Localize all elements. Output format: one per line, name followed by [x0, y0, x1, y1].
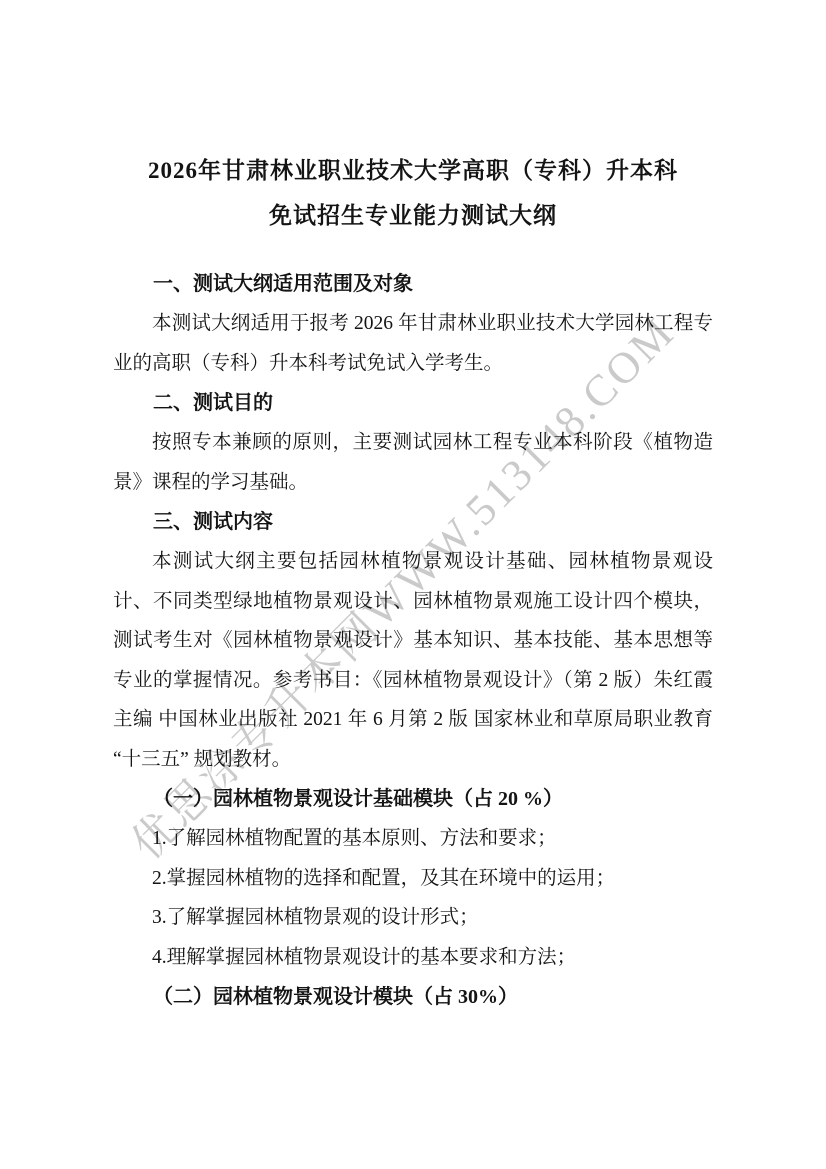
section-1-heading: 一、测试大纲适用范围及对象 — [113, 264, 713, 304]
module-1-heading: （一）园林植物景观设计基础模块（占 20 %） — [113, 779, 713, 819]
document-content: 2026年甘肃林业职业技术大学高职（专科）升本科 免试招生专业能力测试大纲 一、… — [113, 148, 713, 1017]
section-content: 三、测试内容 本测试大纲主要包括园林植物景观设计基础、园林植物景观设计、不同类型… — [113, 502, 713, 779]
module-1-item-3: 3.了解掌握园林植物景观的设计形式； — [113, 898, 713, 938]
section-purpose: 二、测试目的 按照专本兼顾的原则，主要测试园林工程专业本科阶段《植物造景》课程的… — [113, 383, 713, 502]
section-1-paragraph: 本测试大纲适用于报考 2026 年甘肃林业职业技术大学园林工程专业的高职（专科）… — [113, 304, 713, 383]
title-line-1: 2026年甘肃林业职业技术大学高职（专科）升本科 — [113, 148, 713, 193]
section-3-heading: 三、测试内容 — [113, 502, 713, 542]
module-1-item-2: 2.掌握园林植物的选择和配置，及其在环境中的运用； — [113, 859, 713, 899]
module-1-item-4: 4.理解掌握园林植物景观设计的基本要求和方法； — [113, 938, 713, 978]
section-scope: 一、测试大纲适用范围及对象 本测试大纲适用于报考 2026 年甘肃林业职业技术大… — [113, 264, 713, 383]
section-2-heading: 二、测试目的 — [113, 383, 713, 423]
module-2: （二）园林植物景观设计模块（占 30%） — [113, 977, 713, 1017]
module-1-item-1: 1.了解园林植物配置的基本原则、方法和要求； — [113, 819, 713, 859]
section-2-paragraph: 按照专本兼顾的原则，主要测试园林工程专业本科阶段《植物造景》课程的学习基础。 — [113, 423, 713, 502]
module-2-heading: （二）园林植物景观设计模块（占 30%） — [113, 977, 713, 1017]
document-page: 优思涂专升本网WWW.513148.COM 2026年甘肃林业职业技术大学高职（… — [0, 0, 826, 1169]
section-3-paragraph: 本测试大纲主要包括园林植物景观设计基础、园林植物景观设计、不同类型绿地植物景观设… — [113, 542, 713, 779]
document-title: 2026年甘肃林业职业技术大学高职（专科）升本科 免试招生专业能力测试大纲 — [113, 148, 713, 238]
module-1: （一）园林植物景观设计基础模块（占 20 %） 1.了解园林植物配置的基本原则、… — [113, 779, 713, 977]
title-line-2: 免试招生专业能力测试大纲 — [113, 193, 713, 238]
